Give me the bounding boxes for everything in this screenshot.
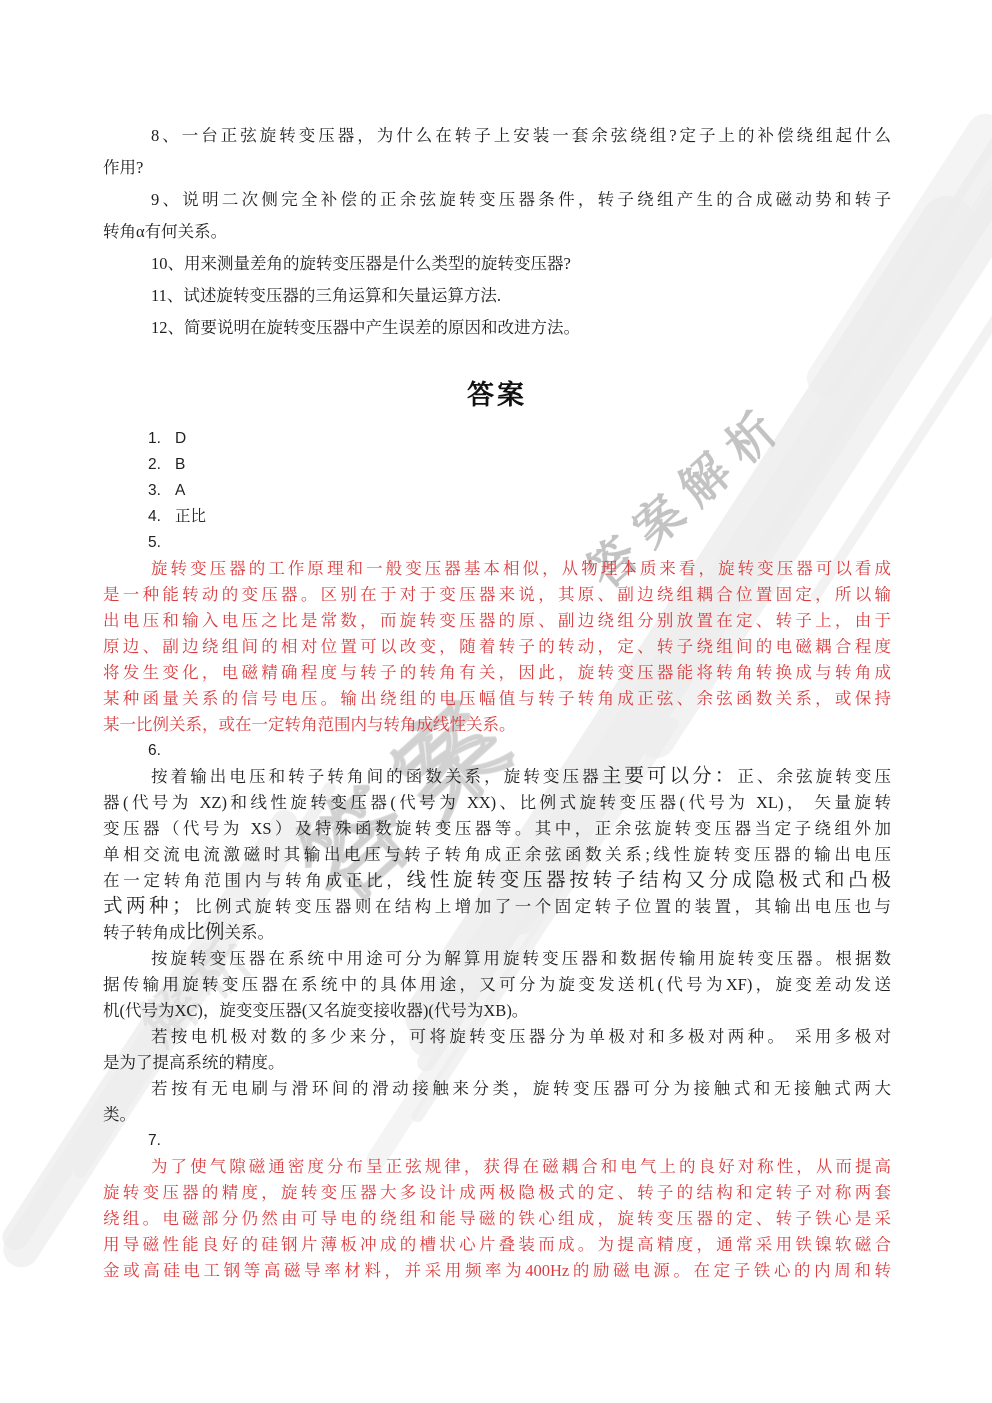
answer-list-item: 3.A bbox=[103, 478, 891, 504]
answer-list-number: 1. bbox=[148, 426, 175, 452]
text-segment: 关系。 bbox=[225, 923, 275, 942]
answer-paragraph-line-red: 某种函量关系的信号电压。输出绕组的电压幅值与转子转角成正弦、余弦函数关系，或保持 bbox=[103, 686, 891, 712]
emphasized-text-segment: 式两种； bbox=[103, 896, 191, 917]
answer-paragraph-line: 据传输用旋转变压器在系统中的具体用途，又可分为旋变发送机(代号为XF)，旋变差动… bbox=[103, 972, 891, 998]
answer-list-item: 1.D bbox=[103, 426, 891, 452]
answer-paragraph-line: 按着输出电压和转子转角间的函数关系，旋转变压器主要可以分：正、余弦旋转变压 bbox=[103, 764, 891, 790]
text-segment: 按着输出电压和转子转角间的函数关系，旋转变压器 bbox=[151, 767, 602, 786]
answer-paragraph-line: 机(代号为XC)，旋变变压器(又名旋变接收器)(代号为XB)。 bbox=[103, 998, 891, 1024]
question-line: 9、说明二次侧完全补偿的正余弦旋转变压器条件，转子绕组产生的合成磁动势和转子 bbox=[103, 184, 891, 216]
text-segment: 在一定转角范围内与转角成正比， bbox=[103, 871, 407, 890]
answer-paragraph-line: 若按有无电刷与滑环间的滑动接触来分类，旋转变压器可分为接触式和无接触式两大 bbox=[103, 1076, 891, 1102]
answer-list-value: A bbox=[175, 482, 185, 499]
answers-heading: 答案 bbox=[103, 378, 891, 412]
answer-number-line: 7. bbox=[103, 1128, 891, 1154]
emphasized-text-segment: 比例 bbox=[186, 922, 225, 943]
answer-paragraph-line: 单相交流电流激磁时其输出电压与转子转角成正余弦函数关系;线性旋转变压器的输出电压 bbox=[103, 842, 891, 868]
answer-list-item: 5. bbox=[103, 530, 891, 556]
text-segment: 比例式旋转变压器则在结构上增加了一个固定转子位置的装置，其输出电压也与 bbox=[191, 897, 891, 916]
answer-paragraph-line: 若按电机极对数的多少来分，可将旋转变压器分为单极对和多极对两种。 采用多极对 bbox=[103, 1024, 891, 1050]
answer-number-line: 6. bbox=[103, 738, 891, 764]
emphasized-text-segment: 线性旋转变压器按转子结构又分成隐极式和凸极 bbox=[407, 870, 891, 891]
text-segment: 转子转角成 bbox=[103, 923, 186, 942]
answer-paragraph-line-red: 旋转变压器的工作原理和一般变压器基本相似，从物理本质来看，旋转变压器可以看成 bbox=[103, 556, 891, 582]
answer-paragraph-line-red: 为了使气隙磁通密度分布呈正弦规律，获得在磁耦合和电气上的良好对称性，从而提高 bbox=[103, 1154, 891, 1180]
answer-paragraph-line-red: 原边、副边绕组间的相对位置可以改变，随着转子的转动，定、转子绕组间的电磁耦合程度 bbox=[103, 634, 891, 660]
answer-paragraph-line-red: 将发生变化，电磁精确程度与转子的转角有关，因此，旋转变压器能将转角转换成与转角成 bbox=[103, 660, 891, 686]
answer-paragraph-line-red: 某一比例关系，或在一定转角范围内与转角成线性关系。 bbox=[103, 712, 891, 738]
answer-list-item: 4.正比 bbox=[103, 504, 891, 530]
question-line: 作用? bbox=[103, 152, 891, 184]
answer-paragraph-line: 器(代号为 XZ)和线性旋转变压器(代号为 XX)、比例式旋转变压器(代号为 X… bbox=[103, 790, 891, 816]
answer-list-value: D bbox=[175, 430, 186, 447]
question-line: 12、简要说明在旋转变压器中产生误差的原因和改进方法。 bbox=[103, 312, 891, 344]
answer-list-number: 4. bbox=[148, 504, 175, 530]
emphasized-text-segment: 主要可以分： bbox=[602, 766, 738, 787]
document-page: 答案解析 答案 解析 8、一台正弦旋转变压器，为什么在转子上安装一套余弦绕组?定… bbox=[0, 0, 992, 1403]
question-line: 10、用来测量差角的旋转变压器是什么类型的旋转变压器? bbox=[103, 248, 891, 280]
answer-paragraph-line: 变压器（代号为 XS）及特殊函数旋转变压器等。其中，正余弦旋转变压器当定子绕组外… bbox=[103, 816, 891, 842]
answer-paragraph-line-red: 旋转变压器的精度，旋转变压器大多设计成两极隐极式的定、转子的结构和定转子对称两套 bbox=[103, 1180, 891, 1206]
answer-list-value: 正比 bbox=[175, 508, 206, 525]
answer-paragraph-line: 按旋转变压器在系统中用途可分为解算用旋转变压器和数据传输用旋转变压器。根据数 bbox=[103, 946, 891, 972]
answer-list-number: 3. bbox=[148, 478, 175, 504]
answer-paragraph-line-red: 金或高硅电工钢等高磁导率材料，并采用频率为400Hz的励磁电源。在定子铁心的内周… bbox=[103, 1258, 891, 1284]
answer-paragraph-line-red: 绕组。电磁部分仍然由可导电的绕组和能导磁的铁心组成，旋转变压器的定、转子铁心是采 bbox=[103, 1206, 891, 1232]
question-line: 8、一台正弦旋转变压器，为什么在转子上安装一套余弦绕组?定子上的补偿绕组起什么 bbox=[103, 120, 891, 152]
answer-paragraph-line-red: 用导磁性能良好的硅钢片薄板冲成的槽状心片叠装而成。为提高精度，通常采用铁镍软磁合 bbox=[103, 1232, 891, 1258]
answer-paragraph-line: 转子转角成比例关系。 bbox=[103, 920, 891, 946]
answer-paragraph-line: 是为了提高系统的精度。 bbox=[103, 1050, 891, 1076]
answer-paragraph-line: 在一定转角范围内与转角成正比，线性旋转变压器按转子结构又分成隐极式和凸极 bbox=[103, 868, 891, 894]
text-segment: 正、余弦旋转变压 bbox=[737, 767, 891, 786]
question-line: 11、试述旋转变压器的三角运算和矢量运算方法. bbox=[103, 280, 891, 312]
answer-paragraph-line-red: 是一种能转动的变压器。区别在于对于变压器来说，其原、副边绕组耦合位置固定，所以输 bbox=[103, 582, 891, 608]
question-line: 转角α有何关系。 bbox=[103, 216, 891, 248]
answer-paragraph-line-red: 出电压和输入电压之比是常数，而旋转变压器的原、副边绕组分别放置在定、转子上，由于 bbox=[103, 608, 891, 634]
answer-paragraph-line: 类。 bbox=[103, 1102, 891, 1128]
answer-paragraph-line: 式两种；比例式旋转变压器则在结构上增加了一个固定转子位置的装置，其输出电压也与 bbox=[103, 894, 891, 920]
answer-list-item: 2.B bbox=[103, 452, 891, 478]
answer-list-number: 2. bbox=[148, 452, 175, 478]
document-content: 8、一台正弦旋转变压器，为什么在转子上安装一套余弦绕组?定子上的补偿绕组起什么作… bbox=[103, 120, 891, 1284]
answer-list-value: B bbox=[175, 456, 185, 473]
answer-list-number: 5. bbox=[148, 530, 175, 556]
